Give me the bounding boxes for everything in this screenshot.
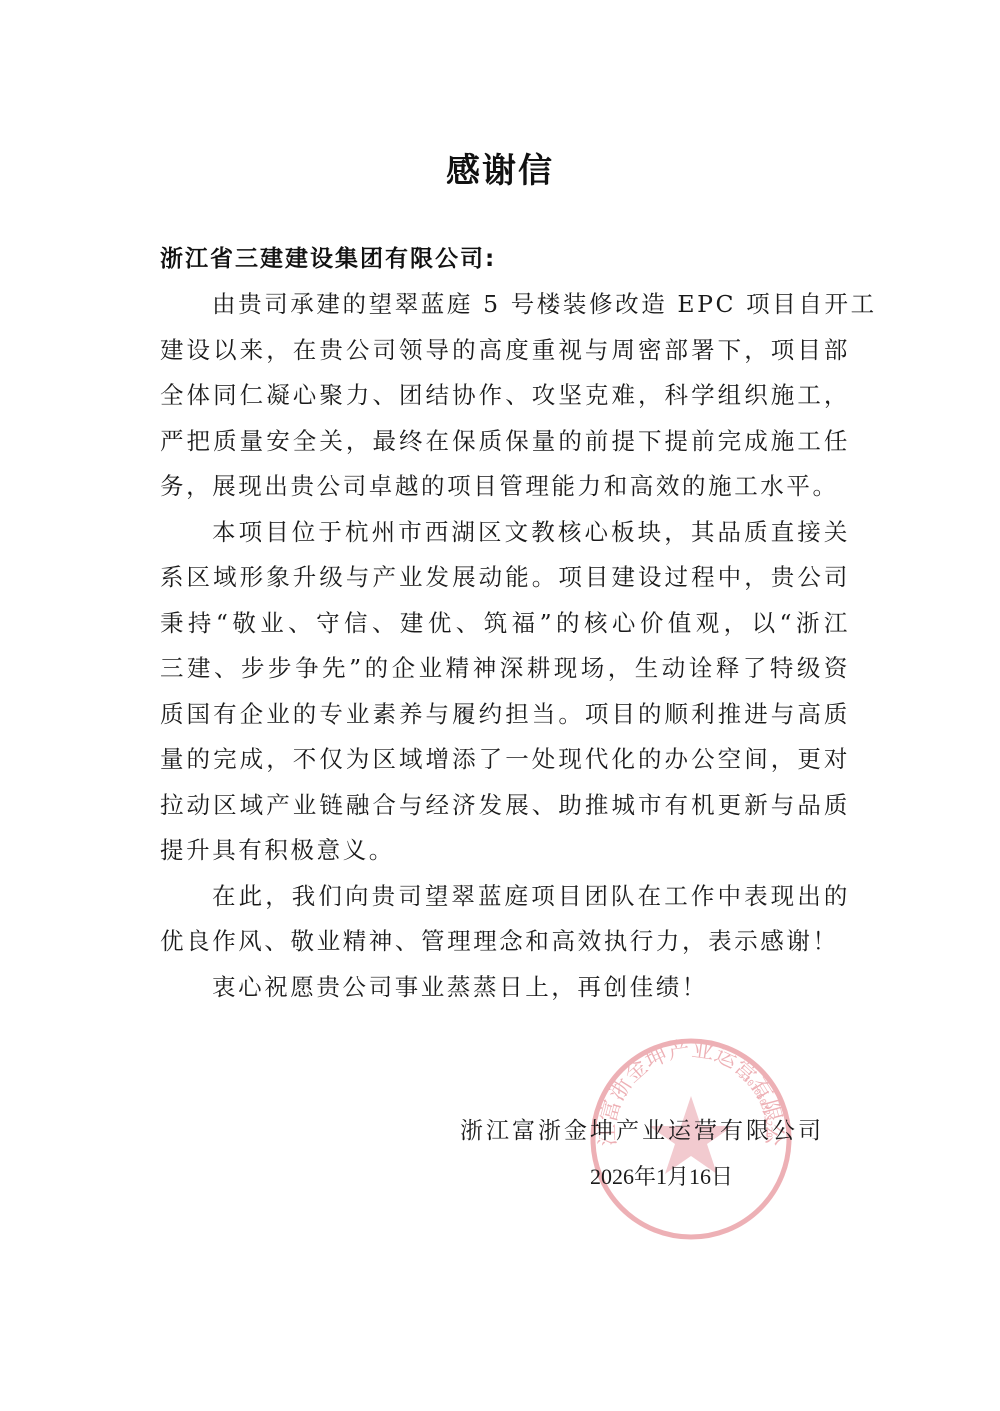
salutation: 浙江省三建建设集团有限公司: xyxy=(160,240,496,273)
body-line: 质国有企业的专业素养与履约担当。项目的顺利推进与高质 xyxy=(160,692,850,738)
body-line: 量的完成，不仅为区域增添了一处现代化的办公空间，更对 xyxy=(160,737,850,783)
body-line: 建设以来，在贵公司领导的高度重视与周密部署下，项目部 xyxy=(160,328,850,374)
body-line: 在此，我们向贵司望翠蓝庭项目团队在工作中表现出的 xyxy=(160,874,850,920)
body-line: 系区域形象升级与产业发展动能。项目建设过程中，贵公司 xyxy=(160,555,850,601)
letter-title: 感谢信 xyxy=(0,143,1000,192)
body-line: 全体同仁凝心聚力、团结协作、攻坚克难，科学组织施工， xyxy=(160,373,850,419)
body-line: 本项目位于杭州市西湖区文教核心板块，其品质直接关 xyxy=(160,510,850,556)
signature-company: 浙江富浙金坤产业运营有限公司 xyxy=(460,1112,824,1145)
letter-body: 由贵司承建的望翠蓝庭 5 号楼装修改造 EPC 项目自开工 建设以来，在贵公司领… xyxy=(160,282,850,1010)
body-line: 拉动区域产业链融合与经济发展、助推城市有机更新与品质 xyxy=(160,783,850,829)
body-line: 务，展现出贵公司卓越的项目管理能力和高效的施工水平。 xyxy=(160,464,850,510)
body-line: 优良作风、敬业精神、管理理念和高效执行力，表示感谢！ xyxy=(160,919,850,965)
body-line: 衷心祝愿贵公司事业蒸蒸日上，再创佳绩！ xyxy=(160,965,850,1011)
body-line: 提升具有积极意义。 xyxy=(160,828,850,874)
signature-date: 2026年1月16日 xyxy=(590,1160,733,1191)
body-line: 秉持“敬业、守信、建优、筑福”的核心价值观，以“浙江 xyxy=(160,601,850,647)
body-line: 由贵司承建的望翠蓝庭 5 号楼装修改造 EPC 项目自开工 xyxy=(160,282,850,328)
body-line: 严把质量安全关，最终在保质保量的前提下提前完成施工任 xyxy=(160,419,850,465)
body-line: 三建、步步争先”的企业精神深耕现场，生动诠释了特级资 xyxy=(160,646,850,692)
